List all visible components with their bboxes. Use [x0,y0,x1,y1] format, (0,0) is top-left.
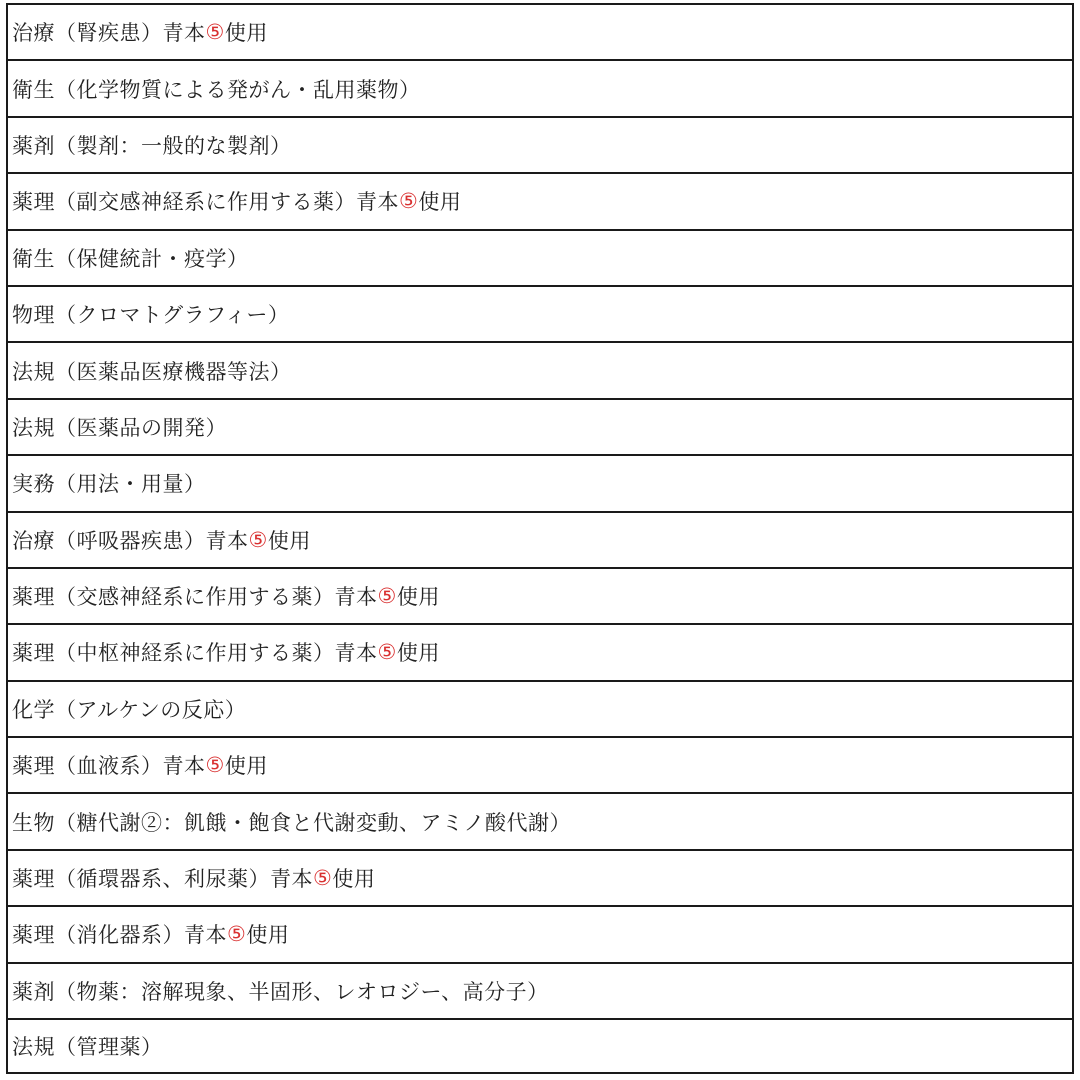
row-suffix: 使用 [332,863,375,893]
row-text: 治療（呼吸器疾患）青本 [12,525,249,555]
table-row: 薬理（中枢神経系に作用する薬）青本⑤使用 [8,623,1072,679]
table-row: 薬剤（製剤：一般的な製剤） [8,116,1072,172]
row-text: 薬理（交感神経系に作用する薬）青本 [12,581,378,611]
table-row: 法規（管理薬） [8,1018,1072,1074]
circled-five-badge: ⑤ [249,528,268,552]
table-row: 薬理（血液系）青本⑤使用 [8,736,1072,792]
row-suffix: 使用 [397,637,440,667]
row-text: 法規（医薬品の開発） [12,412,227,442]
row-text: 衛生（化学物質による発がん・乱用薬物） [12,74,421,104]
row-suffix: 使用 [246,919,289,949]
table-row: 衛生（保健統計・疫学） [8,229,1072,285]
row-text: 法規（医薬品医療機器等法） [12,356,292,386]
circled-five-badge: ⑤ [399,189,418,213]
row-text: 衛生（保健統計・疫学） [12,243,249,273]
table-row: 治療（腎疾患）青本⑤使用 [8,3,1072,59]
table-row: 薬理（消化器系）青本⑤使用 [8,905,1072,961]
circled-five-badge: ⑤ [378,584,397,608]
circled-five-badge: ⑤ [378,640,397,664]
table-row: 実務（用法・用量） [8,454,1072,510]
row-text: 実務（用法・用量） [12,468,206,498]
circled-five-badge: ⑤ [206,753,225,777]
row-text: 薬理（血液系）青本 [12,750,206,780]
table-row: 法規（医薬品医療機器等法） [8,341,1072,397]
row-suffix: 使用 [268,525,311,555]
table-row: 薬理（交感神経系に作用する薬）青本⑤使用 [8,567,1072,623]
table-row: 生物（糖代謝②：飢餓・飽食と代謝変動、アミノ酸代謝） [8,792,1072,848]
table-row: 物理（クロマトグラフィー） [8,285,1072,341]
row-text: 薬理（副交感神経系に作用する薬）青本 [12,186,399,216]
row-text: 薬理（中枢神経系に作用する薬）青本 [12,637,378,667]
row-text: 治療（腎疾患）青本 [12,17,206,47]
schedule-table: 治療（腎疾患）青本⑤使用 衛生（化学物質による発がん・乱用薬物） 薬剤（製剤：一… [6,3,1074,1074]
row-text: 法規（管理薬） [12,1031,163,1061]
row-text: 薬理（循環器系、利尿薬）青本 [12,863,313,893]
circled-five-badge: ⑤ [227,922,246,946]
table-row: 衛生（化学物質による発がん・乱用薬物） [8,59,1072,115]
table-row: 薬理（副交感神経系に作用する薬）青本⑤使用 [8,172,1072,228]
table-row: 薬理（循環器系、利尿薬）青本⑤使用 [8,849,1072,905]
row-suffix: 使用 [418,186,461,216]
circled-five-badge: ⑤ [206,20,225,44]
table-row: 治療（呼吸器疾患）青本⑤使用 [8,511,1072,567]
row-text: 薬剤（物薬：溶解現象、半固形、レオロジー、高分子） [12,976,549,1006]
row-text: 化学（アルケンの反応） [12,694,246,724]
row-suffix: 使用 [225,750,268,780]
table-row: 化学（アルケンの反応） [8,680,1072,736]
table-row: 法規（医薬品の開発） [8,398,1072,454]
row-suffix: 使用 [225,17,268,47]
row-text: 薬理（消化器系）青本 [12,919,227,949]
row-text: 物理（クロマトグラフィー） [12,299,289,329]
row-suffix: 使用 [397,581,440,611]
table-row: 薬剤（物薬：溶解現象、半固形、レオロジー、高分子） [8,962,1072,1018]
row-text: 生物（糖代謝②：飢餓・飽食と代謝変動、アミノ酸代謝） [12,807,571,837]
row-text: 薬剤（製剤：一般的な製剤） [12,130,292,160]
circled-five-badge: ⑤ [313,866,332,890]
